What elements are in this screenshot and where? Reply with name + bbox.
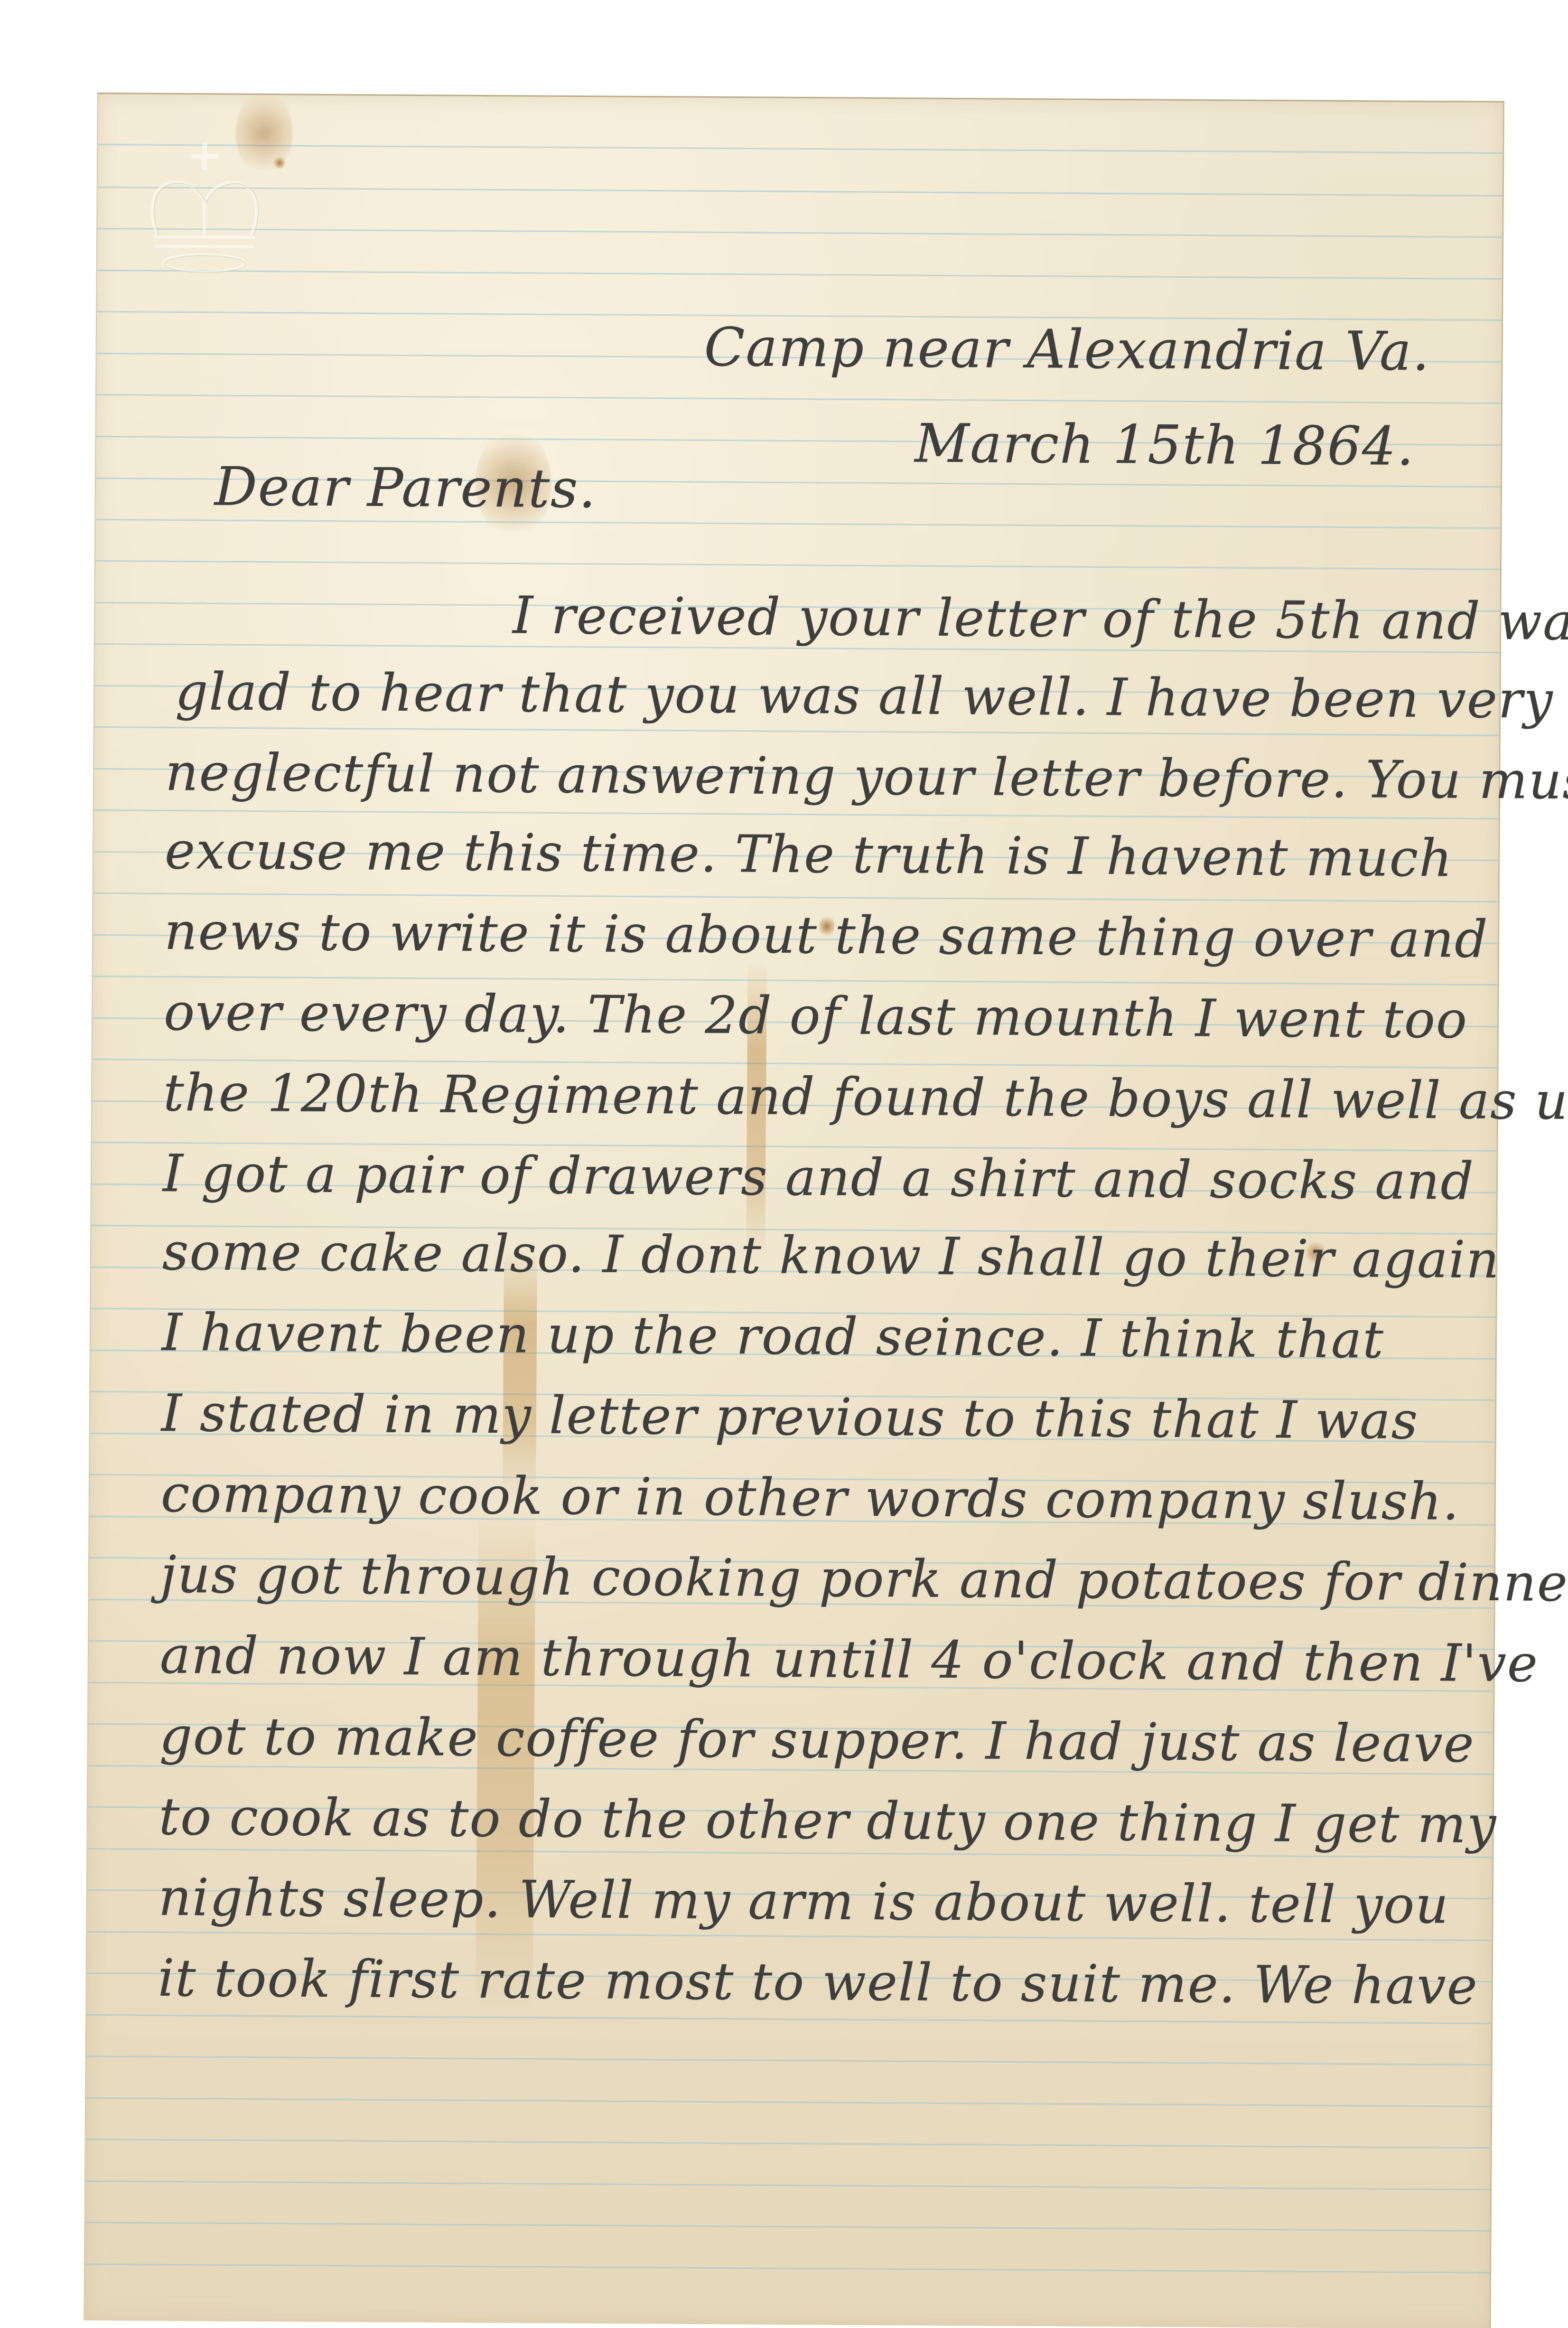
water-streak (503, 1250, 537, 1497)
ruled-line (98, 144, 1503, 154)
ruled-line (95, 560, 1500, 570)
letter-line: nights sleep. Well my arm is about well.… (158, 1872, 1449, 1932)
ruled-line (96, 394, 1501, 404)
letter-heading-place: Camp near Alexandria Va. (704, 321, 1430, 378)
letter-line: got to make coffee for supper. I had jus… (159, 1711, 1475, 1770)
letter-line: I stated in my letter previous to this t… (161, 1388, 1419, 1447)
ruled-line (95, 519, 1500, 529)
letter-line: news to write it is about the same thing… (164, 906, 1489, 966)
letter-line: glad to hear that you was all well. I ha… (175, 666, 1554, 726)
ruled-line (93, 892, 1498, 902)
letter-line: to cook as to do the other duty one thin… (159, 1792, 1497, 1851)
ruled-line (97, 270, 1502, 280)
ruled-line (85, 2180, 1490, 2190)
ruled-line (86, 2139, 1491, 2149)
ruled-line (98, 187, 1503, 197)
letter-line: it took first rate most to well to suit … (158, 1953, 1478, 2012)
foxing-stain (273, 157, 286, 169)
letter-line: I got a pair of drawers and a shirt and … (163, 1148, 1475, 1208)
ruled-line (86, 2097, 1491, 2107)
ruled-line (97, 228, 1502, 238)
letter-line: neglectful not answering your letter bef… (165, 747, 1568, 807)
ruled-line (86, 2056, 1491, 2065)
letter-line: jus got through cooking pork and potatoe… (160, 1549, 1568, 1609)
letter-heading-date: March 15th 1864. (915, 417, 1415, 473)
letter-line: excuse me this time. The truth is I have… (165, 826, 1453, 885)
ruled-line (85, 2263, 1490, 2273)
ruled-line (94, 809, 1499, 819)
letter-line: the 120th Regiment and found the boys al… (163, 1068, 1568, 1128)
letter-line: I received your letter of the 5th and wa… (513, 590, 1568, 648)
ruled-line (85, 2222, 1490, 2232)
letter-page: Camp near Alexandria Va. March 15th 1864… (84, 93, 1504, 2328)
ruled-line (86, 2014, 1491, 2024)
letter-line: company cook or in other words company s… (161, 1469, 1460, 1528)
letter-line: over every day. The 2d of last mounth I … (164, 987, 1468, 1046)
salutation: Dear Parents. (215, 460, 597, 516)
letter-line: some cake also. I dont know I shall go t… (162, 1227, 1500, 1286)
letter-line: I havent been up the road seince. I thin… (162, 1307, 1384, 1366)
letter-line: and now I am through untill 4 o'clock an… (160, 1630, 1539, 1690)
